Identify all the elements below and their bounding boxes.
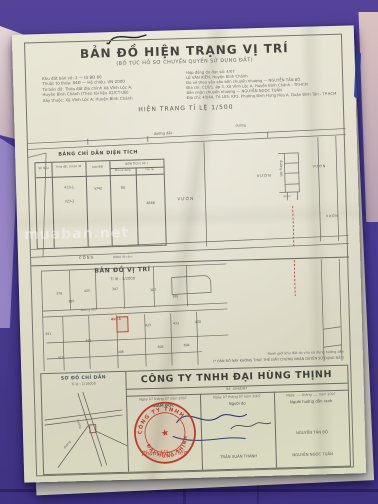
parcel-road-label: đường đất (278, 160, 282, 176)
floor-seam-vertical (257, 484, 259, 504)
parcel-number: 392 (85, 340, 91, 344)
signature-block: SƠ ĐỒ CHỈ DẪN Tỉ lệ : 1/10000 đường đườn… (40, 365, 351, 476)
road-label: đường đất (154, 132, 173, 137)
cell-su-dung: 80 (110, 186, 136, 190)
garden-label: VƯỜN (257, 175, 272, 179)
col-header: Số hiệu (36, 167, 52, 171)
highlight-parcel-number: 413-1 (111, 318, 121, 322)
road-label: đường (235, 124, 246, 128)
blue-pen-mark (354, 52, 361, 98)
document-border-frame: BẢN ĐỒ HIỆN TRẠNG VỊ TRÍ (BỔ TÚC HỒ SƠ C… (24, 34, 354, 477)
parcel-number: 388 (172, 295, 178, 299)
header-info-left: Khu đất bản vẽ: 2 — tờ BĐ 80 Thuộc tờ th… (42, 72, 185, 103)
sub-header: Khu sử dụng (110, 169, 136, 172)
parcel-number: 397 (112, 288, 118, 292)
cell-thua: 323-2 (52, 200, 86, 205)
parcel-number: 307 (150, 289, 156, 293)
cell-con-lai: 4886 (137, 202, 165, 207)
photo-watermark: muaban.net (24, 226, 129, 243)
parcel-number: 385 (68, 300, 74, 304)
cell-loai: V/42 (86, 187, 110, 191)
col-header: DIỆN TÍCH ( M² ) (109, 161, 163, 166)
col-header: Loại đất (85, 165, 109, 169)
sub-header: Còn lại (136, 169, 164, 173)
guide-map-sketch (42, 390, 128, 472)
map-scale-heading: HIỆN TRẠNG TỈ LỆ 1/500 (27, 102, 345, 117)
parcel-number: 378 (56, 293, 62, 297)
garden-label: VƯỜN (177, 197, 194, 202)
culvert-label: CỐNG (79, 256, 95, 261)
parcel-number: 420 (195, 321, 201, 325)
header-info-right: Hợp đồng đo đạc số: 4/07 LÊ VĂN KIÊN, Hu… (186, 66, 339, 100)
document-paper: BẢN ĐỒ HIỆN TRẠNG VỊ TRÍ (BỔ TÚC HỒ SƠ C… (12, 25, 366, 482)
parcel-area-note: 80m² (283, 195, 290, 198)
parcel-number: 604 (184, 344, 190, 348)
parcel-number: 425 (84, 290, 90, 294)
parcel-number: 391 (45, 333, 51, 337)
guide-map-scale: Tỉ lệ : 1/10000 (42, 382, 126, 388)
garden-label: VƯỜN (326, 215, 338, 219)
culvert-value: Ø800 W=4m (113, 255, 132, 259)
parcel-number: 406 (118, 351, 124, 355)
parcel-number: 415 (58, 357, 64, 361)
parcel-number: 605 (158, 346, 164, 350)
garden-label: VƯỜN (313, 165, 326, 169)
guide-map-box: SƠ ĐỒ CHỈ DẪN Tỉ lệ : 1/10000 đường đườn… (41, 372, 129, 474)
parcel-number: 423 (145, 324, 151, 328)
road-label: đường đất (80, 308, 95, 312)
cell-thua: 413-1 (52, 186, 86, 191)
col-header: Thửa đất, tờ bản đồ (52, 166, 86, 170)
parcel-number: 433 (173, 322, 179, 326)
